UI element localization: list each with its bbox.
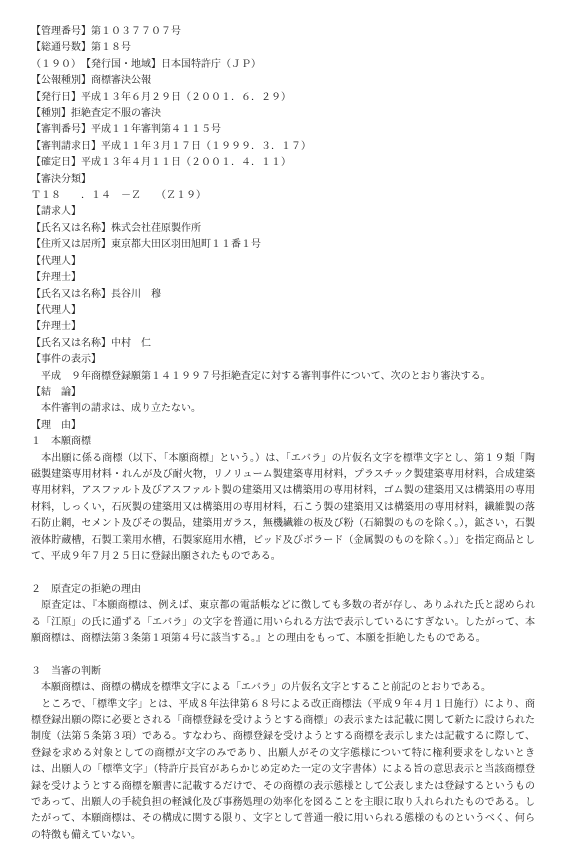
section-2-heading: ２ 原査定の拒絶の理由: [31, 582, 535, 598]
biblio-agent-label-1: 【代理人】: [31, 254, 535, 270]
biblio-attorney-name-1: 【氏名又は名称】長谷川 穆: [31, 287, 535, 303]
biblio-attorney-label-2: 【弁理士】: [31, 319, 535, 335]
biblio-attorney-name-2: 【氏名又は名称】中村 仁: [31, 336, 535, 352]
section-gap: [31, 647, 535, 663]
biblio-appellant-label: 【請求人】: [31, 204, 535, 220]
biblio-appeal-request-date: 【審判請求日】平成１１年３月１７日（１９９９．３．１７）: [31, 139, 535, 155]
biblio-appellant-address: 【住所又は居所】東京都大田区羽田旭町１１番１号: [31, 237, 535, 253]
biblio-conclusion-text: 本件審判の請求は、成り立たない。: [31, 401, 535, 417]
biblio-appeal-number: 【審判番号】平成１１年審判第４１１５号: [31, 122, 535, 138]
section-3-paragraph-2: ところで、「標準文字」とは、平成８年法律第６８号による改正商標法（平成９年４月１…: [31, 697, 535, 845]
biblio-appellant-name: 【氏名又は名称】株式会社荏原製作所: [31, 221, 535, 237]
biblio-issue-date: 【発行日】平成１３年６月２９日（２００１．６．２９）: [31, 90, 535, 106]
biblio-decision-class-label: 【審決分類】: [31, 172, 535, 188]
biblio-final-date: 【確定日】平成１３年４月１１日（２００１．４．１１）: [31, 155, 535, 171]
section-3-paragraph-1: 本願商標は、商標の構成を標準文字による「エバラ」の片仮名文字とすること前記のとお…: [31, 680, 535, 696]
biblio-case-statement: 平成 ９年商標登録願第１４１９９７号拒絶査定に対する審判事件について、次のとおり…: [31, 369, 535, 385]
biblio-issuing-country: （１９０） 【発行国・地域】日本国特許庁（ＪＰ）: [31, 57, 535, 73]
biblio-attorney-label-1: 【弁理士】: [31, 270, 535, 286]
biblio-case-label: 【事件の表示】: [31, 352, 535, 368]
section-3-heading: ３ 当審の判断: [31, 664, 535, 680]
biblio-gazette-type: 【公報種別】商標審決公報: [31, 73, 535, 89]
biblio-decision-class-code: Ｔ１８ ．１４ －Ｚ （Ｚ１９）: [31, 188, 535, 204]
section-1-paragraph: 本出願に係る商標（以下、「本願商標」という。）は、「エバラ」の片仮名文字を標準文…: [31, 451, 535, 566]
section-gap: [31, 565, 535, 581]
biblio-conclusion-label: 【結 論】: [31, 385, 535, 401]
biblio-agent-label-2: 【代理人】: [31, 303, 535, 319]
biblio-serial-number: 【総通号数】第１８号: [31, 40, 535, 56]
trademark-decision-document: 【管理番号】第１０３７７０７号 【総通号数】第１８号 （１９０） 【発行国・地域…: [31, 24, 535, 844]
section-1-heading: １ 本願商標: [31, 434, 535, 450]
biblio-decision-type: 【種別】拒絶査定不服の審決: [31, 106, 535, 122]
biblio-control-number: 【管理番号】第１０３７７０７号: [31, 24, 535, 40]
section-2-paragraph: 原査定は、『本願商標は、例えば、東京都の電話帳などに徴しても多数の者が存し、あり…: [31, 598, 535, 647]
biblio-reason-label: 【理 由】: [31, 418, 535, 434]
